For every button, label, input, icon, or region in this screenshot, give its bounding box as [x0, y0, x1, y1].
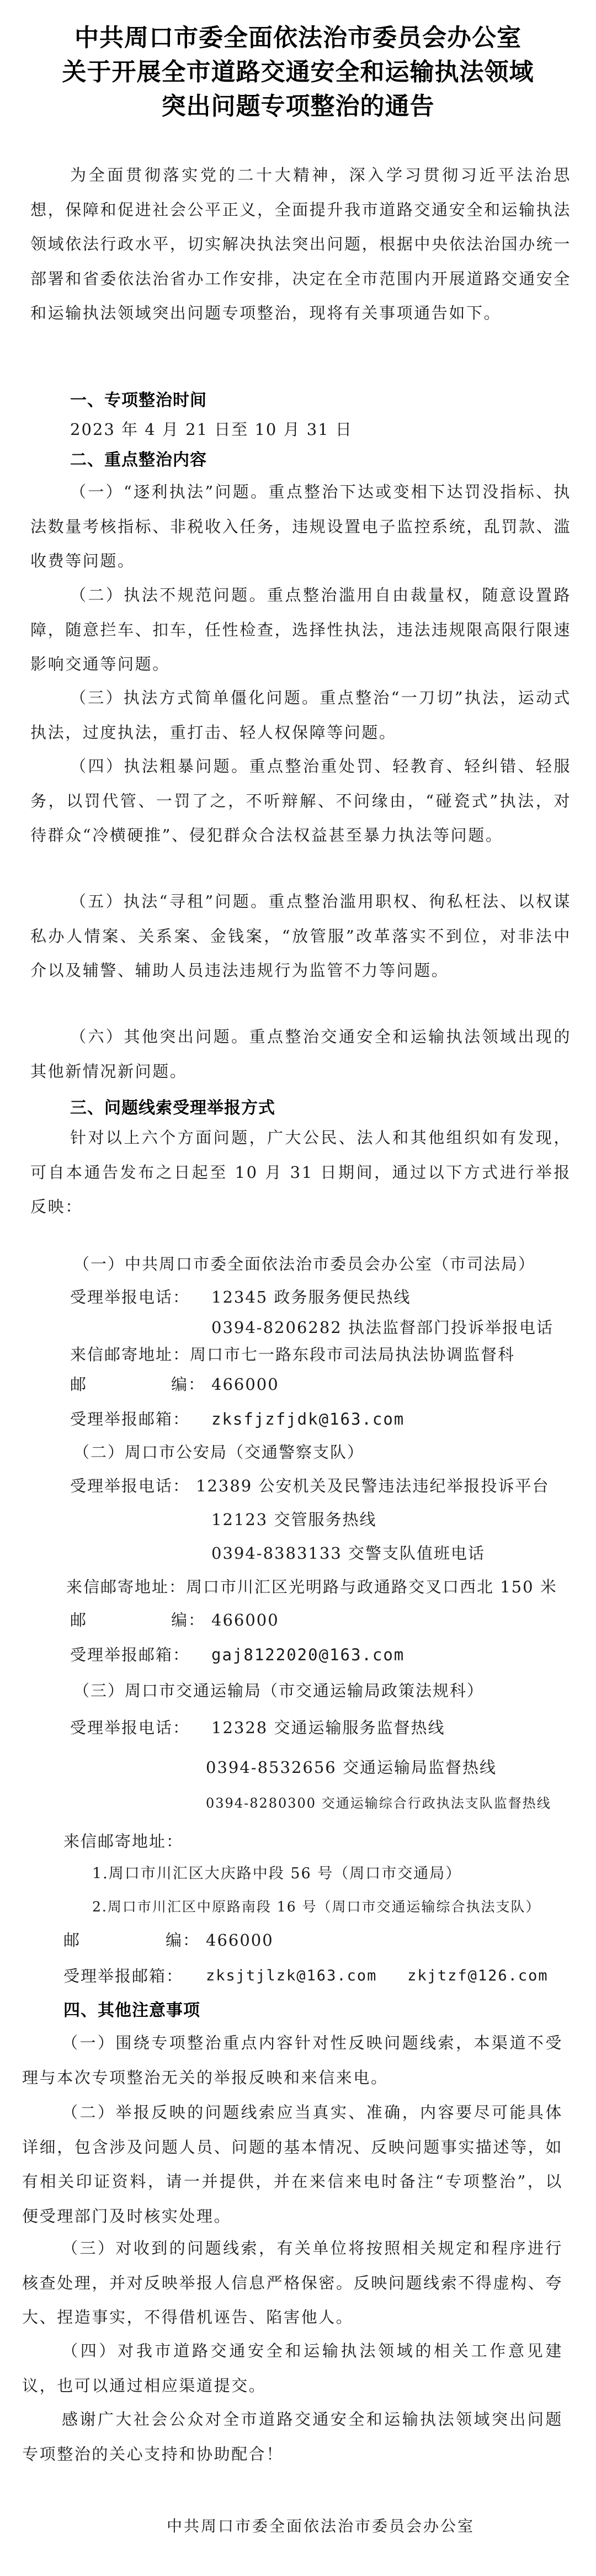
agency-1-postcode-label-a: 邮 [70, 1373, 87, 1395]
agency-2-phone-2: 12123 交管服务热线 [211, 1509, 376, 1531]
agency-2-phone-label: 受理举报电话： [70, 1475, 190, 1497]
agency-2-email: gaj8122020@163.com [211, 1644, 405, 1666]
agency-1-address: 来信邮寄地址：周口市七一路东段市司法局执法协调监督科 [70, 1343, 515, 1366]
agency-1-email-label: 受理举报邮箱： [70, 1408, 190, 1430]
signature: 中共周口市委全面依法治市委员会办公室 [167, 2514, 475, 2536]
notice-title: 中共周口市委全面依法治市委员会办公室 关于开展全市道路交通安全和运输执法领域 突… [0, 21, 596, 124]
agency-3-postcode: 466000 [206, 1929, 274, 1951]
agency-3-phone-3-text: 0394-8280300 交通运输综合行政执法支队监督热线 [206, 1796, 551, 1811]
title-line-1: 中共周口市委全面依法治市委员会办公室 [0, 21, 596, 55]
closing-paragraph: 感谢广大社会公众对全市道路交通安全和运输执法领域突出问题专项整治的关心支持和协助… [22, 2402, 563, 2471]
section4-heading: 四、其他注意事项 [63, 1996, 200, 2021]
section1-heading: 一、专项整治时间 [70, 386, 207, 411]
agency-1-phone-1: 12345 政务服务便民热线 [211, 1286, 411, 1308]
agency-2-address-value: 周口市川汇区光明路与政通路交叉口西北 150 米 [186, 1578, 557, 1596]
agency-3-name: （三）周口市交通运输局（市交通运输局政策法规科） [73, 1680, 484, 1702]
agency-3-address-label: 来信邮寄地址： [63, 1830, 183, 1852]
intro-paragraph: 为全面贯彻落实党的二十大精神，深入学习贯彻习近平法治思想，保障和促进社会公平正义… [30, 158, 571, 331]
agency-3-postcode-label-b: 编： [166, 1929, 200, 1951]
agency-3-email-label: 受理举报邮箱： [63, 1965, 183, 1987]
section3-heading: 三、问题线索受理举报方式 [70, 1094, 275, 1118]
agency-2-phone-1: 12389 公安机关及民警违法违纪举报投诉平台 [196, 1475, 549, 1497]
agency-1-email: zksfjzfjdk@163.com [211, 1408, 405, 1430]
section2-item-4: （四）执法粗暴问题。重点整治重处罚、轻教育、轻纠错、轻服务，以罚代管、一罚了之，… [30, 749, 571, 853]
agency-1-name: （一）中共周口市委全面依法治市委员会办公室（市司法局） [73, 1253, 535, 1275]
agency-2-address: 来信邮寄地址：周口市川汇区光明路与政通路交叉口西北 150 米 [66, 1576, 557, 1598]
agency-2-name: （二）周口市公安局（交通警察支队） [73, 1441, 364, 1463]
section2-item-3: （三）执法方式简单僵化问题。重点整治“一刀切”执法，运动式执法，过度执法，重打击… [30, 681, 571, 750]
agency-3-email: zksjtjlzk@163.com zkjtzf@126.com [206, 1965, 549, 1987]
agency-1-phone-2: 0394-8206282 执法监督部门投诉举报电话 [211, 1316, 554, 1339]
section4-item-3: （三）对收到的问题线索，有关单位将按照相关规定和程序进行核查处理，并对反映举报人… [22, 2231, 563, 2335]
agency-3-phone-1: 12328 交通运输服务监督热线 [211, 1717, 445, 1739]
title-line-2: 关于开展全市道路交通安全和运输执法领域 [0, 55, 596, 89]
agency-3-phone-2: 0394-8532656 交通运输局监督热线 [206, 1756, 497, 1778]
agency-1-address-label: 来信邮寄地址： [70, 1345, 190, 1364]
agency-3-address-1: 1.周口市川汇区大庆路中段 56 号（周口市交通局） [92, 1863, 461, 1885]
agency-1-address-value: 周口市七一路东段市司法局执法协调监督科 [190, 1345, 515, 1364]
section1-period: 2023 年 4 月 21 日至 10 月 31 日 [70, 418, 353, 440]
section3-intro: 针对以上六个方面问题，广大公民、法人和其他组织如有发现，可自本通告发布之日起至 … [30, 1120, 571, 1224]
section2-item-2: （二）执法不规范问题。重点整治滥用自由裁量权，随意设置路障，随意拦车、扣车，任性… [30, 578, 571, 682]
section4-item-2: （二）举报反映的问题线索应当真实、准确，内容要尽可能具体详细，包含涉及问题人员、… [22, 2095, 563, 2233]
section2-item-5: （五）执法“寻租”问题。重点整治滥用职权、徇私枉法、以权谋私办人情案、关系案、金… [30, 884, 571, 988]
title-line-3: 突出问题专项整治的通告 [0, 89, 596, 124]
section2-item-6: （六）其他突出问题。重点整治交通安全和运输执法领域出现的其他新情况新问题。 [30, 1019, 571, 1088]
agency-1-postcode: 466000 [211, 1373, 279, 1395]
agency-2-postcode-label-a: 邮 [70, 1609, 87, 1631]
section4-item-4: （四）对我市道路交通安全和运输执法领域的相关工作意见建议，也可以通过相应渠道提交… [22, 2334, 563, 2403]
agency-2-postcode: 466000 [211, 1609, 279, 1631]
agency-1-phone-label: 受理举报电话： [70, 1286, 190, 1308]
agency-3-phone-3: 0394-8280300 交通运输综合行政执法支队监督热线 [206, 1791, 551, 1814]
section2-heading: 二、重点整治内容 [70, 446, 207, 470]
section2-item-1: （一）“逐利执法”问题。重点整治下达或变相下达罚没指标、执法数量考核指标、非税收… [30, 475, 571, 578]
agency-2-postcode-label-b: 编： [171, 1609, 205, 1631]
agency-1-postcode-label-b: 编： [171, 1373, 205, 1395]
agency-2-address-label: 来信邮寄地址： [66, 1578, 186, 1596]
agency-3-address-2: 2.周口市川汇区中原路南段 16 号（周口市交通运输综合执法支队） [92, 1896, 541, 1918]
agency-2-phone-3: 0394-8383133 交警支队值班电话 [211, 1542, 485, 1564]
agency-3-phone-label: 受理举报电话： [70, 1717, 190, 1739]
agency-3-postcode-label-a: 邮 [63, 1929, 81, 1951]
agency-2-email-label: 受理举报邮箱： [70, 1644, 190, 1666]
section4-item-1: （一）围绕专项整治重点内容针对性反映问题线索，本渠道不受理与本次专项整治无关的举… [22, 2026, 563, 2095]
